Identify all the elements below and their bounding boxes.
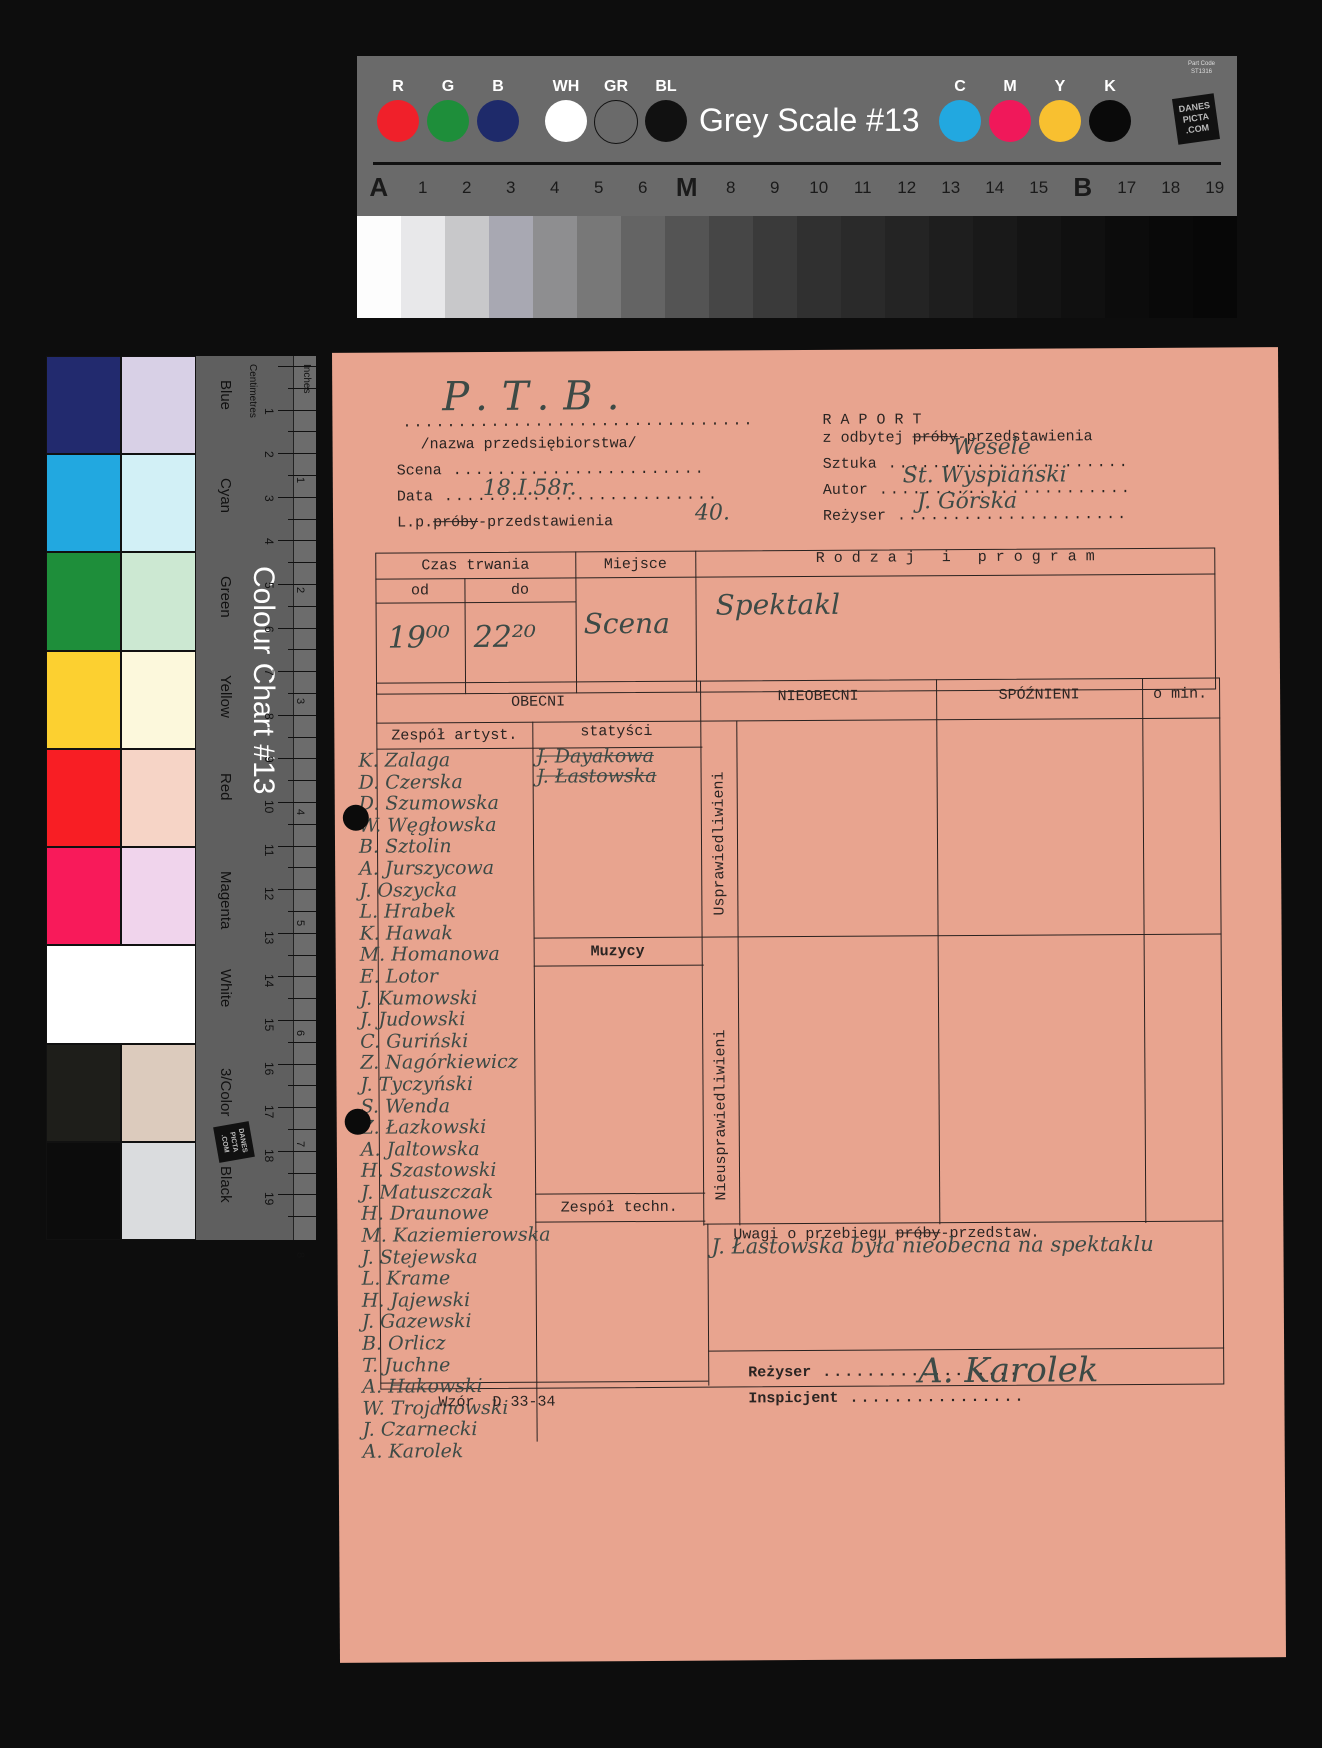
ruler-tick (278, 584, 316, 585)
artist-entry: J. Kumowski (360, 987, 530, 1010)
danes-picta-logo: DANES PICTA .COM (1172, 93, 1220, 144)
patch-swatch (46, 1044, 121, 1142)
patch-swatch (121, 552, 196, 650)
patch-swatch (46, 356, 121, 454)
grey-step-label: 15 (1017, 178, 1061, 198)
artist-entry: M. Homanowa (360, 944, 530, 967)
cm-tick-label: 14 (262, 974, 276, 987)
lp-label-prefix: L.p. (397, 514, 433, 531)
inch-tick-label: 2 (294, 587, 306, 593)
swatch-wh: WH (543, 76, 589, 142)
patch-names: BlueCyanGreenYellowRedMagentaWhite3/Colo… (214, 356, 234, 1240)
swatch-circle (477, 100, 519, 142)
grey-step-label: 11 (841, 178, 885, 198)
swatch-r: R (375, 76, 421, 142)
grey-step (753, 216, 797, 318)
artist-entry: J. Gazewski (362, 1311, 532, 1334)
swatch-label: G (425, 76, 471, 98)
rezyser-sign-label: Reżyser (748, 1364, 811, 1381)
artist-entry: D. Czerska (359, 771, 529, 794)
swatch-label: B (475, 76, 521, 98)
cm-tick-label: 17 (262, 1105, 276, 1118)
inch-tick-label: 6 (294, 1030, 306, 1036)
cm-tick-label: 2 (262, 451, 276, 458)
grey-step-label: 19 (1193, 178, 1237, 198)
swatch-circle (545, 100, 587, 142)
punch-hole (343, 805, 369, 831)
inspicjent-signature: A. Karolek (918, 1350, 1098, 1391)
swatch-g: G (425, 76, 471, 142)
punch-hole (345, 1109, 371, 1135)
grey-step-label: A (357, 172, 401, 203)
ruler-tick (278, 366, 316, 367)
colour-patches (46, 356, 196, 1240)
swatch-circle (427, 100, 469, 142)
patch-swatch (46, 1142, 121, 1240)
grey-step (973, 216, 1017, 318)
grey-step-label: 10 (797, 178, 841, 198)
ruler-tick (288, 388, 316, 389)
nieobecni-header: NIEOBECNI (700, 687, 936, 705)
sztuka-label: Sztuka (823, 456, 877, 473)
grey-step-label: 1 (401, 178, 445, 198)
cm-tick-label: 5 (262, 582, 276, 589)
ruler-tick (288, 780, 316, 781)
danes-picta-logo: DANES PICTA .COM (213, 1121, 255, 1163)
miejsce-value: Scena (584, 607, 670, 641)
od-header: od (375, 582, 464, 600)
ruler-tick (288, 911, 316, 912)
ruler-tick (288, 475, 316, 476)
grey-scale-title: Grey Scale #13 (699, 102, 920, 139)
cm-tick-label: 4 (262, 538, 276, 545)
patch-swatch (121, 356, 196, 454)
cm-tick-label: 6 (262, 626, 276, 633)
patch-blue (46, 356, 196, 454)
cm-tick-label: 12 (262, 887, 276, 900)
grey-step (357, 216, 401, 318)
grey-step-label: 3 (489, 178, 533, 198)
nieusprawiedliwieni-label: Nieusprawiedliwieni (712, 1029, 730, 1200)
artist-entry: W. Węgłowska (359, 814, 529, 837)
artist-entry: K. Zalaga (358, 750, 528, 773)
ruler-tick (278, 933, 316, 934)
grey-step (1105, 216, 1149, 318)
patch-swatch (121, 651, 196, 749)
swatch-label: C (937, 76, 983, 98)
swatch-gr: GR (593, 76, 639, 144)
ruler-tick (278, 976, 316, 977)
inspicjent-label: Inspicjent (748, 1390, 838, 1408)
inch-tick-label: 7 (294, 1141, 306, 1147)
ruler-tick (278, 1151, 316, 1152)
ruler-tick (278, 1064, 316, 1065)
ruler-tick (288, 606, 316, 607)
swatch-label: WH (543, 76, 589, 98)
scena-label: Scena (397, 462, 442, 479)
part-code: Part Code ST1316 (1188, 60, 1215, 76)
grey-step-label: 13 (929, 178, 973, 198)
swatch-y: Y (1037, 76, 1083, 142)
ruler-tick (278, 758, 316, 759)
swatch-circle (989, 100, 1031, 142)
artist-entry: B. Sztolin (359, 836, 529, 859)
raport-title: R A P O R T (822, 411, 921, 429)
grey-step-label: 8 (709, 178, 753, 198)
patch-swatch (121, 945, 196, 1043)
ruler-tick (288, 1173, 316, 1174)
grey-step (445, 216, 489, 318)
ruler-tick (288, 431, 316, 432)
rezyser-value: J. Górska (917, 489, 1017, 515)
company-label: /nazwa przedsiębiorstwa/ (421, 435, 637, 453)
artist-list: K. ZalagaD. CzerskaD. SzumowskaW. Węgłow… (358, 750, 532, 1464)
ruler-tick (288, 649, 316, 650)
artist-entry: A. Jaltowska (361, 1138, 531, 1161)
patch-red (46, 749, 196, 847)
form-code: Wzór D 33-34 (438, 1394, 555, 1412)
inch-tick-label: 1 (294, 477, 306, 483)
artist-entry: Z. Łazkowski (361, 1117, 531, 1140)
grey-step-label: 18 (1149, 178, 1193, 198)
uwagi-value: J. Łastowska była nieobecna na spektaklu (711, 1232, 1153, 1259)
swatch-circle (645, 100, 687, 142)
artist-entry: H. Szastowski (361, 1160, 531, 1183)
swatch-b: B (475, 76, 521, 142)
artist-entry: K. Hawak (359, 922, 529, 945)
spoznieni-header: SPÓŹNIENI (936, 686, 1142, 704)
patch-swatch (46, 454, 121, 552)
inch-tick-label: 4 (294, 809, 306, 815)
grey-step (533, 216, 577, 318)
ruler-tick (288, 519, 316, 520)
ruler-tick (278, 671, 316, 672)
ruler-tick (288, 867, 316, 868)
patch-name: Magenta (217, 871, 234, 929)
muzycy-header: Muzycy (534, 943, 702, 961)
ruler-tick (278, 540, 316, 541)
artist-entry: J. Matuszczak (361, 1182, 531, 1205)
cm-tick-label: 15 (262, 1018, 276, 1031)
grey-step-labels: A123456M89101112131415B171819 (357, 178, 1237, 206)
rezyser-label: Reżyser (823, 508, 886, 525)
patch-green (46, 552, 196, 650)
inch-tick-label: 8 (294, 1252, 306, 1258)
ruler-tick (278, 802, 316, 803)
cm-tick-label: 11 (262, 844, 276, 856)
part-code-value: ST1316 (1188, 68, 1215, 76)
ruler-tick (278, 1020, 316, 1021)
swatch-circle (939, 100, 981, 142)
ruler-tick (278, 453, 316, 454)
zespol-techn-header: Zespół techn. (535, 1199, 703, 1217)
ruler-tick (288, 1042, 316, 1043)
ruler-tick (288, 737, 316, 738)
grey-step-label: 6 (621, 178, 665, 198)
ruler-tick (278, 410, 316, 411)
swatch-circle (594, 100, 638, 144)
swatch-bl: BL (643, 76, 689, 142)
cm-tick-label: 3 (262, 495, 276, 502)
obecni-header: OBECNI (376, 693, 700, 712)
swatch-k: K (1087, 76, 1133, 142)
patch-swatch (121, 1142, 196, 1240)
grey-step (489, 216, 533, 318)
artist-entry: J. Tyczyński (360, 1074, 530, 1097)
patch-swatch (121, 847, 196, 945)
swatch-circle (1089, 100, 1131, 142)
ruler-tick (278, 889, 316, 890)
lp-value: 40. (695, 500, 730, 525)
grey-step-strip (357, 216, 1237, 318)
swatch-label: K (1087, 76, 1133, 98)
artist-entry: T. Juchne (362, 1354, 532, 1377)
statysci-value-2: J. Łastowska (537, 765, 657, 788)
swatch-c: C (937, 76, 983, 142)
ruler-tick (288, 562, 316, 563)
raport-sub-struck: próby (913, 429, 958, 446)
ruler-tick (278, 497, 316, 498)
artist-entry: D. Szumowska (359, 793, 529, 816)
artist-entry: B. Orlicz (362, 1333, 532, 1356)
cm-tick-label: 19 (262, 1192, 276, 1205)
ruler-tick (288, 693, 316, 694)
cm-tick-label: 18 (262, 1149, 276, 1162)
ruler-tick (278, 715, 316, 716)
patch-name: Yellow (217, 675, 234, 718)
grey-step-label: 14 (973, 178, 1017, 198)
miejsce-header: Miejsce (575, 556, 695, 574)
cm-tick-label: 8 (262, 713, 276, 720)
grey-step (1149, 216, 1193, 318)
patch-swatch (121, 1044, 196, 1142)
raport-sub-prefix: z odbytej (822, 429, 912, 447)
data-value: 18.I.58r. (483, 475, 577, 501)
grey-step-label: M (665, 172, 709, 203)
cm-tick-label: 10 (262, 800, 276, 813)
artist-entry: H. Draunowe (361, 1203, 531, 1226)
swatch-label: GR (593, 76, 639, 98)
grey-scale-card: Part Code ST1316 RGBWHGRBLCMYK Grey Scal… (357, 56, 1237, 318)
patch-magenta (46, 847, 196, 945)
sztuka-value: Wesele (953, 435, 1031, 460)
patch-swatch (121, 749, 196, 847)
artist-entry: J. Czarnecki (363, 1419, 533, 1442)
ruler-tick (288, 824, 316, 825)
grey-step (885, 216, 929, 318)
patch-name: White (217, 969, 234, 1007)
cm-tick-label: 7 (262, 669, 276, 676)
grey-step-label: 5 (577, 178, 621, 198)
patch-name: 3/Color (217, 1068, 234, 1116)
swatch-label: R (375, 76, 421, 98)
grey-step-label: 17 (1105, 178, 1149, 198)
lp-label-struck: próby (433, 514, 478, 531)
od-value: 19⁰⁰ (388, 620, 450, 655)
ruler-tick (288, 1216, 316, 1217)
company-dotted-line: ................................ (402, 412, 754, 431)
inspicjent-field: Inspicjent ................ (748, 1389, 1025, 1408)
ruler-tick (288, 1129, 316, 1130)
patch-yellow (46, 651, 196, 749)
statysci-header: statyści (532, 723, 700, 741)
grey-step (577, 216, 621, 318)
ruler: BlueCyanGreenYellowRedMagentaWhite3/Colo… (196, 356, 316, 1240)
ruler-tick (278, 846, 316, 847)
artist-entry: E. Lotor (360, 966, 530, 989)
do-header: do (464, 581, 575, 599)
do-value: 22²⁰ (474, 620, 536, 655)
swatch-label: Y (1037, 76, 1083, 98)
grey-step (929, 216, 973, 318)
ruler-tick (288, 998, 316, 999)
grey-step (621, 216, 665, 318)
patch-swatch (46, 552, 121, 650)
rodzaj-value: Spektakl (715, 588, 840, 622)
inch-tick-label: 3 (294, 698, 306, 704)
autor-label: Autor (823, 482, 868, 499)
o-min-header: o min. (1142, 685, 1218, 702)
rodzaj-header: R o d z a j i p r o g r a m (695, 548, 1215, 568)
grey-step (1061, 216, 1105, 318)
inches-label: Inches (301, 364, 312, 393)
performance-report-form: P.T.B. ................................ … (332, 347, 1286, 1663)
patch-swatch (46, 945, 121, 1043)
artist-entry: S. Wenda (361, 1095, 531, 1118)
grey-step (1193, 216, 1237, 318)
ruler-tick (288, 1085, 316, 1086)
divider (373, 162, 1221, 165)
swatch-m: M (987, 76, 1033, 142)
ruler-tick (288, 955, 316, 956)
grey-step-label: 9 (753, 178, 797, 198)
patch-swatch (46, 847, 121, 945)
artist-entry: J. Oszycka (359, 879, 529, 902)
grey-step-label: 2 (445, 178, 489, 198)
swatch-circle (1039, 100, 1081, 142)
grey-step-label: B (1061, 172, 1105, 203)
grey-step (841, 216, 885, 318)
part-code-label: Part Code (1188, 60, 1215, 68)
patch-name: Black (217, 1166, 234, 1203)
swatch-circle (377, 100, 419, 142)
artist-entry: A. Karolek (363, 1441, 533, 1464)
ruler-tick (278, 1107, 316, 1108)
grey-step (665, 216, 709, 318)
patch-swatch (46, 651, 121, 749)
centimetres-label: Centimetres (247, 364, 258, 418)
colour-chart-card: BlueCyanGreenYellowRedMagentaWhite3/Colo… (46, 356, 316, 1240)
patch-3-color (46, 1044, 196, 1142)
swatch-label: BL (643, 76, 689, 98)
lp-label-suffix: -przedstawienia (478, 513, 613, 531)
patch-name: Blue (217, 380, 234, 410)
artist-entry: J. Stejewska (361, 1246, 531, 1269)
patch-name: Red (217, 773, 234, 801)
artist-entry: A. Jurszycowa (359, 858, 529, 881)
grey-step (1017, 216, 1061, 318)
grey-step (797, 216, 841, 318)
swatch-label: M (987, 76, 1033, 98)
zespol-artyst-header: Zespół artyst. (376, 727, 532, 745)
grey-step (709, 216, 753, 318)
cm-tick-label: 16 (262, 1062, 276, 1075)
czas-trwania-header: Czas trwania (375, 556, 575, 574)
usprawiedliwieni-label: Usprawiedliwieni (711, 771, 729, 915)
grey-step-label: 4 (533, 178, 577, 198)
autor-value: St. Wyspiański (903, 462, 1067, 488)
artist-entry: Z. Nagórkiewicz (360, 1052, 530, 1075)
ruler-tick (278, 628, 316, 629)
data-label: Data (397, 488, 433, 505)
grey-step (401, 216, 445, 318)
patch-black (46, 1142, 196, 1240)
artist-entry: C. Guriński (360, 1030, 530, 1053)
artist-entry: J. Judowski (360, 1009, 530, 1032)
patch-white (46, 945, 196, 1043)
artist-entry: M. Kaziemierowska (361, 1225, 531, 1248)
ruler-tick (278, 1194, 316, 1195)
artist-entry: H. Jajewski (362, 1290, 532, 1313)
grey-step-label: 12 (885, 178, 929, 198)
inch-tick-label: 5 (294, 920, 306, 926)
cm-tick-label: 1 (262, 408, 276, 415)
artist-entry: L. Hrabek (359, 901, 529, 924)
lp-field: L.p.próby-przedstawienia (397, 513, 613, 531)
patch-cyan (46, 454, 196, 552)
artist-entry: L. Krame (362, 1268, 532, 1291)
patch-swatch (121, 454, 196, 552)
cm-tick-label: 9 (262, 756, 276, 763)
patch-name: Cyan (217, 478, 234, 513)
cm-tick-label: 13 (262, 931, 276, 944)
patch-swatch (46, 749, 121, 847)
patch-name: Green (217, 576, 234, 618)
